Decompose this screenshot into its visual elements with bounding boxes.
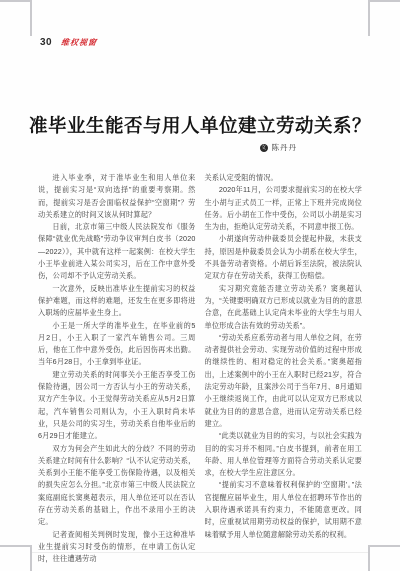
- article-paragraph: 进入毕业季，对于准毕业生和用人单位来说，提前实习是“双向选择”的重要考察期。然而…: [38, 172, 196, 221]
- article-paragraph: 小胡遂向劳动仲裁委员会提起仲裁，未获支持，原因是仲裁委员会认为小胡系在校大学生，…: [205, 233, 363, 282]
- magazine-page: 30 维权视窗 准毕业生能否与用人单位建立劳动关系？ 文 陈丹丹 进入毕业季，对…: [0, 0, 400, 571]
- article-paragraph: “此类以就业为目的的实习，与以社会实践为目的的实习并不相同。”白皮书提到，前者在…: [205, 430, 363, 479]
- crop-mark-top-right: [368, 0, 400, 36]
- author-icon: 文: [260, 144, 268, 152]
- section-logo: 维权视窗: [61, 37, 98, 48]
- article-body: 进入毕业季，对于准毕业生和用人单位来说，提前实习是“双向选择”的重要考察期。然而…: [38, 172, 362, 566]
- article-paragraph: 记者查阅相关判例时发现，像小王这种准毕业生提前实习时受伤的情形，在申请工伤认定时…: [38, 529, 196, 566]
- article-paragraph: 2020年11月，公司要求提前实习的在校大学生小胡与正式员工一样，正常上下班并完…: [205, 184, 363, 233]
- page-number: 30: [40, 37, 52, 48]
- article-paragraph: 日前，北京市第三中级人民法院发布《服务保障“就业优先战略”劳动争议审判白皮书（2…: [38, 221, 196, 282]
- byline: 文 陈丹丹: [260, 142, 298, 153]
- left-column: 进入毕业季，对于准毕业生和用人单位来说，提前实习是“双向选择”的重要考察期。然而…: [38, 172, 196, 566]
- article-paragraph: 一次意外，反映出准毕业生提前实习的权益保护难题，而这样的难题，还发生在更多即将进…: [38, 283, 196, 320]
- article-title: 准毕业生能否与用人单位建立劳动关系？: [20, 112, 380, 138]
- article-paragraph: 小王是一所大学的准毕业生，在毕业前的5月2日，小王入职了一家汽车销售公司。三周后…: [38, 320, 196, 369]
- article-paragraph: 建立劳动关系的时间事关小王能否享受工伤保险待遇，因公司一方否认与小王的劳动关系，…: [38, 369, 196, 443]
- article-paragraph: 实习期究竟能否建立劳动关系？窦奥超认为，“关键要明确双方已形成以就业为目的的意思…: [205, 283, 363, 332]
- article-paragraph: 双方为何会产生如此大的分歧？不同的劳动关系建立时间有什么影响？“认不认定劳动关系…: [38, 443, 196, 529]
- article-paragraph: “劳动关系应系劳动者与用人单位之间，在劳动者提供社会劳动、实现劳动价值的过程中形…: [205, 332, 363, 430]
- crop-mark-bottom-left: [0, 545, 32, 571]
- right-column: 关系认定受阻的情况。 2020年11月，公司要求提前实习的在校大学生小胡与正式员…: [205, 172, 363, 566]
- crop-mark-bottom-right: [368, 545, 400, 571]
- article-paragraph: “提前实习不意味着权利保护的‘空窗期’。”法官提醒应届毕业生，用人单位在招聘环节…: [205, 479, 363, 540]
- author-name: 陈丹丹: [272, 142, 298, 153]
- article-paragraph-continuation: 关系认定受阻的情况。: [205, 172, 363, 184]
- page-header: 30 维权视窗: [40, 37, 97, 48]
- crop-mark-top-left: [0, 0, 32, 36]
